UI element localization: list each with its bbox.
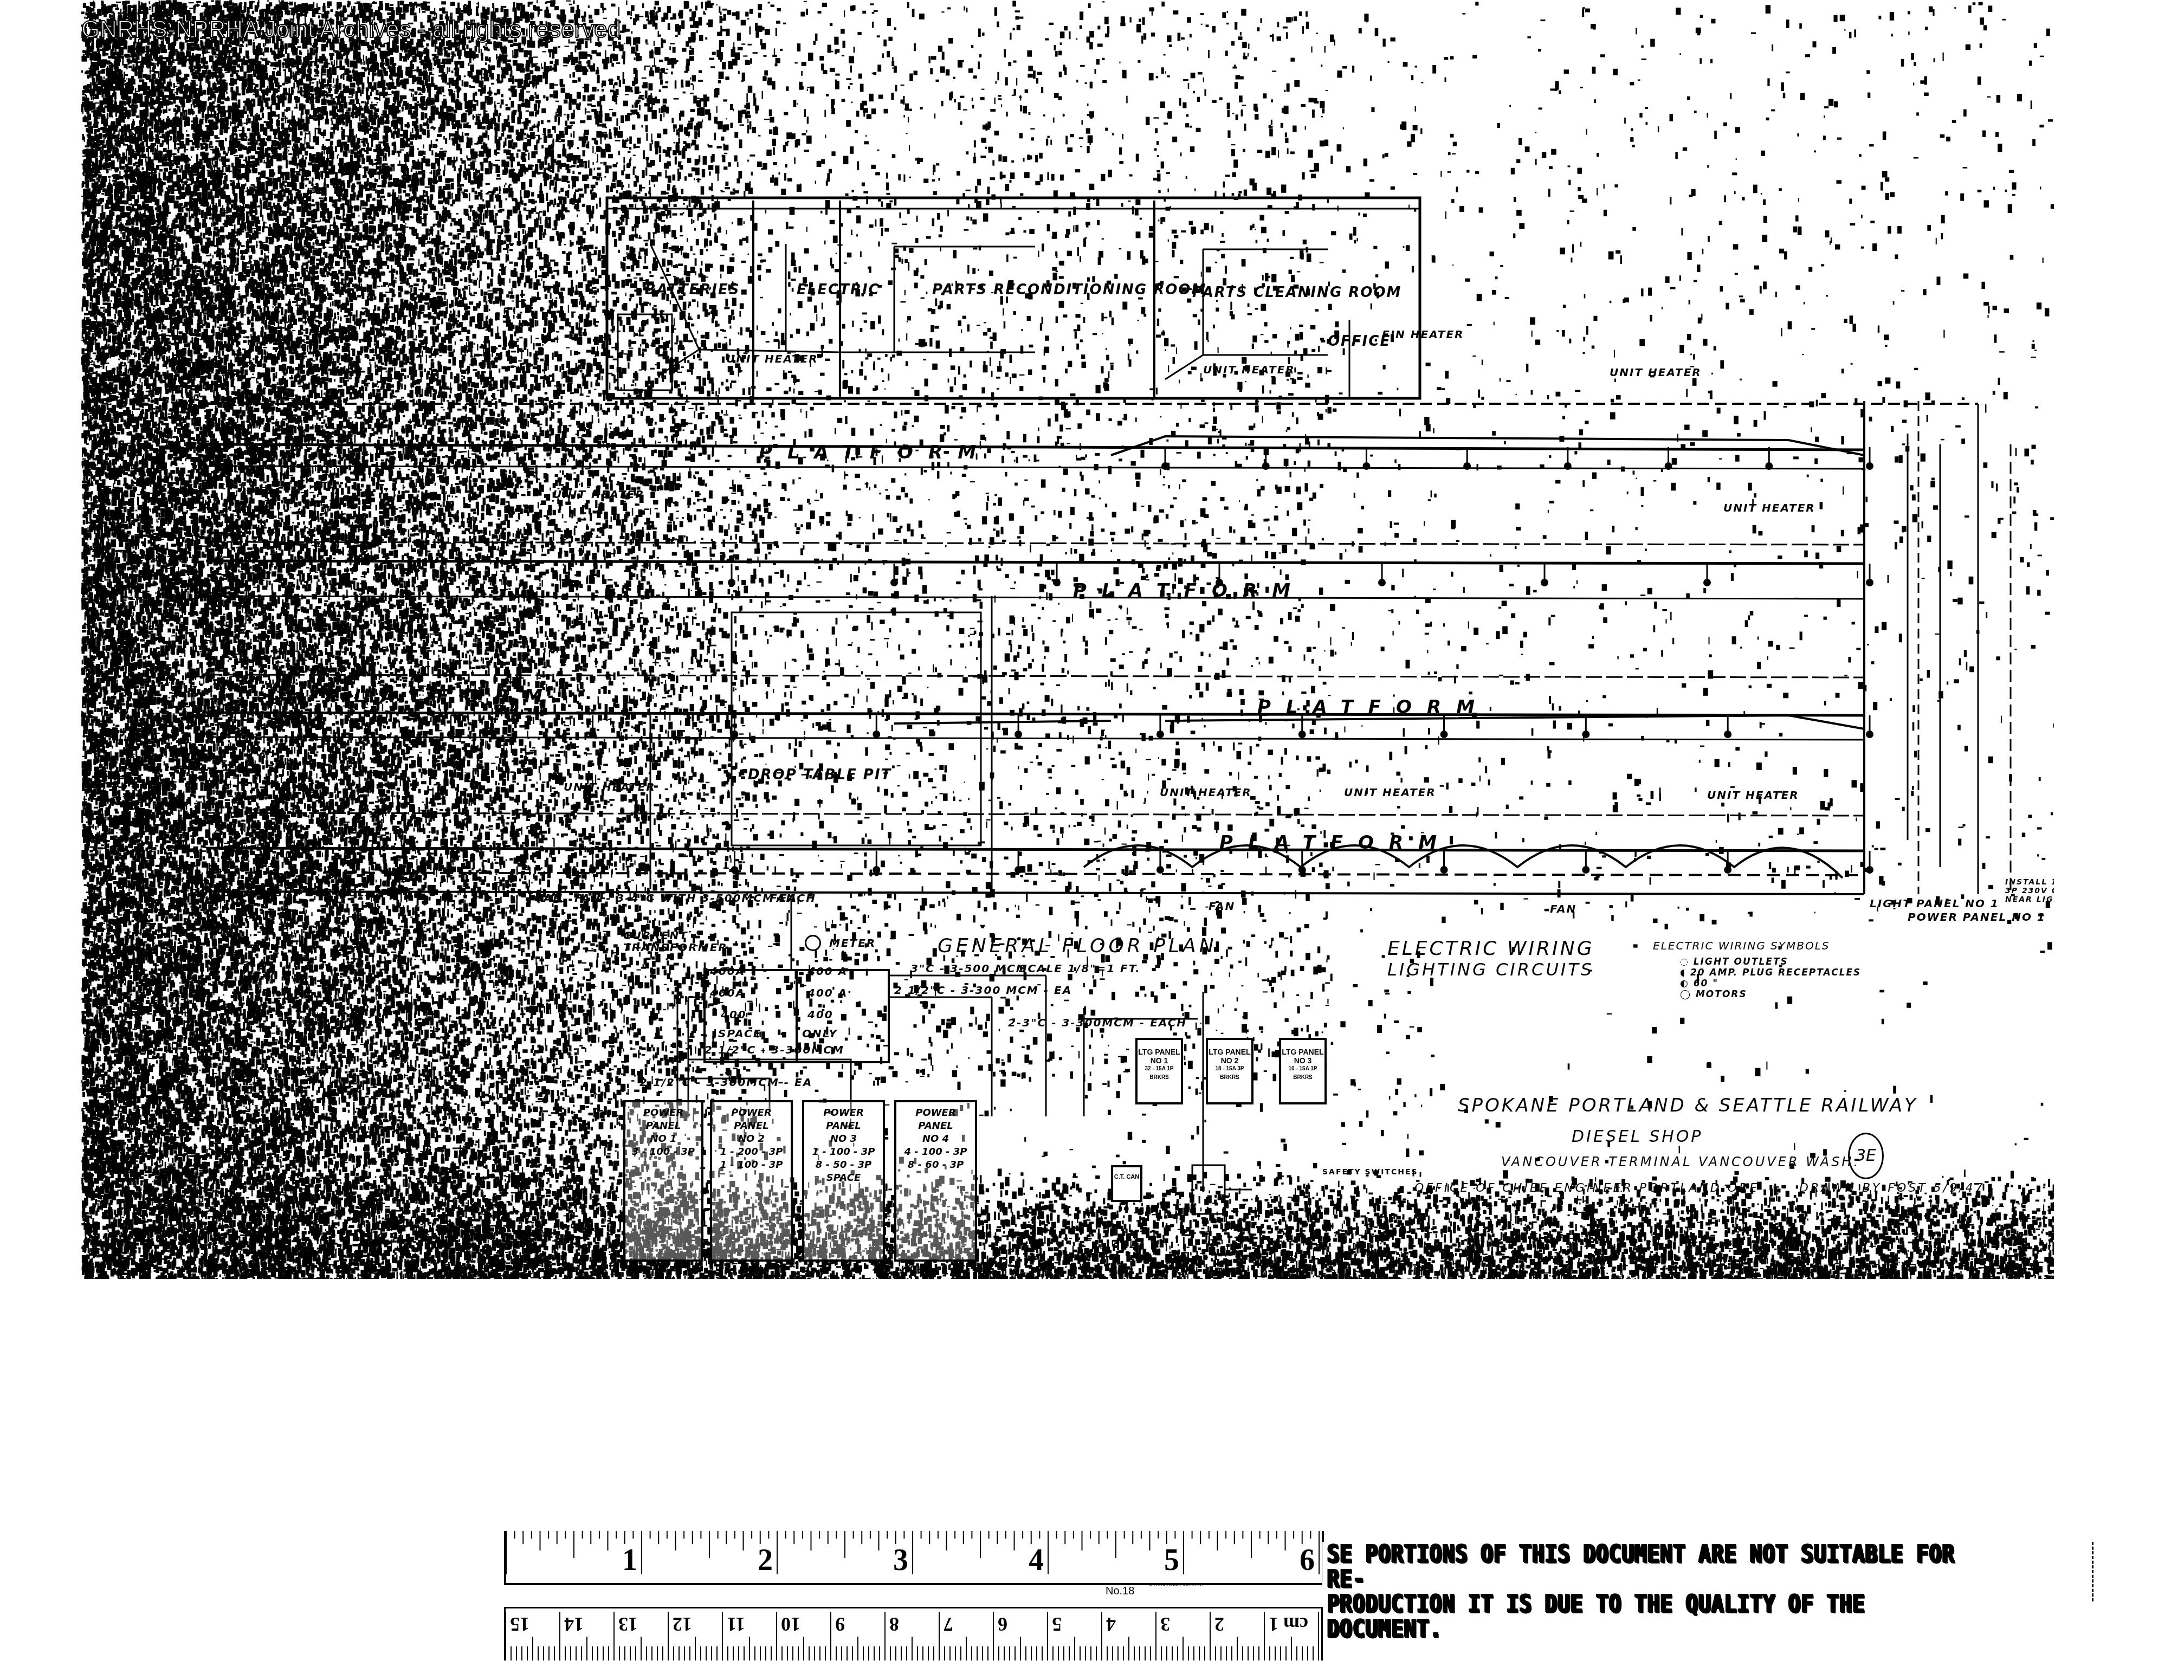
inch-number: 4 [1029, 1543, 1044, 1578]
panel-line: 3 - 100 - 3P [625, 1146, 701, 1159]
symbols-title: ELECTRIC WIRING SYMBOLS [1653, 939, 1830, 952]
drop-table-pit-label: DROP TABLE PIT [748, 767, 891, 783]
ltg-panel-2: LTG PANELNO 218 - 15A 3P BRKRS [1206, 1038, 1253, 1104]
switch-rating: 400 A [807, 986, 848, 999]
inch-ruler: 123456 [504, 1531, 1324, 1585]
panel-number: NO 3 [1281, 1056, 1324, 1065]
office: OFFICE OF CHIEF ENGINEER PORTLAND ORE [1414, 1181, 1759, 1195]
power-panel-1: POWER PANELNO 13 - 100 - 3P [623, 1100, 703, 1262]
cm-number: 10 [781, 1613, 800, 1636]
platform-label: PLATFORM [325, 686, 558, 707]
cm-number: 13 [618, 1613, 638, 1636]
panel-title: LTG PANEL [1138, 1048, 1181, 1056]
unit-heater-label: UNIT HEATER [1160, 786, 1252, 799]
building-name: DIESEL SHOP [1572, 1127, 1703, 1146]
switch-rating: 400 [721, 1008, 747, 1021]
panel-title: LTG PANEL [1281, 1048, 1324, 1056]
panel-line: SPACE [804, 1172, 883, 1185]
fan-label: FAN [1209, 900, 1235, 913]
cm-number: 15 [510, 1613, 529, 1636]
panel-title: POWER PANEL [625, 1107, 701, 1133]
inch-number: 2 [758, 1543, 773, 1578]
power-panel-label: POWER PANEL NO 1 [1908, 910, 2046, 923]
panel-line: 1 - 100 - 3P [712, 1159, 791, 1172]
switch-rating: 400 A [807, 965, 848, 978]
cm-number: cm 1 [1269, 1613, 1308, 1636]
meter-label: METER [829, 936, 876, 949]
archive-watermark: GNRHS-NPRHA Joint Archives - all rights … [81, 16, 621, 43]
panel-number: NO 1 [625, 1133, 701, 1146]
panel-number: NO 2 [1208, 1056, 1251, 1065]
ruler-model: No.18 [1106, 1585, 1134, 1597]
notice-line-1: SE PORTIONS OF THIS DOCUMENT ARE NOT SUI… [1322, 1542, 1984, 1592]
cm-ruler: cm 123456789101112131415 [504, 1607, 1323, 1660]
legend-title: ELECTRIC WIRING [1387, 938, 1594, 960]
blueprint-sheet: BATTERIES ELECTRIC PARTS RECONDITIONING … [81, 0, 2054, 1279]
inch-number: 5 [1164, 1543, 1179, 1578]
unit-heater-label: UNIT HEATER [1344, 786, 1436, 799]
ct-can: C.T. CAN [1111, 1165, 1142, 1202]
unit-heater-label: UNIT HEATER [1610, 366, 1702, 379]
railway-name: SPOKANE PORTLAND & SEATTLE RAILWAY [1458, 1095, 1918, 1116]
current-transformer-label: CURRENT TRANSFORMER [623, 929, 699, 953]
switch-rating: SPACE [718, 1027, 761, 1040]
fan-label: FAN [537, 891, 563, 904]
switch-rating: 400A [710, 986, 745, 999]
notice-line-2: PRODUCTION IT IS DUE TO THE QUALITY OF T… [1322, 1592, 1984, 1642]
install-note-line: 3P 230V CONTACT [2005, 887, 2054, 895]
power-panel-2: POWER PANELNO 21 - 200 - 3P1 - 100 - 3P [710, 1100, 793, 1262]
panel-line: 8 - 50 - 3P [804, 1159, 883, 1172]
meter-icon [805, 935, 821, 951]
receptacle-icon: ◖ [1680, 967, 1690, 978]
unit-heater-label: UNIT HEATER [1707, 789, 1799, 802]
unit-heater-label: UNIT HEATER [1203, 363, 1295, 376]
light-panel-label: LIGHT PANEL NO 1 [1870, 897, 1999, 910]
panel-line: 8 - 60 - 3P [896, 1159, 975, 1172]
receptacle-60-icon: ◐ [1680, 978, 1694, 989]
panel-title: POWER PANEL [712, 1107, 791, 1133]
symbol-motor: ◯ MOTORS [1680, 989, 1861, 1000]
panel-desc: 10 - 15A 1P BRKRS [1281, 1065, 1324, 1082]
inch-number: 6 [1300, 1543, 1315, 1578]
panel-desc: 18 - 15A 3P BRKRS [1208, 1065, 1251, 1082]
legend-subtitle: LIGHTING CIRCUITS [1387, 959, 1594, 980]
feeder-label: FAN - 3-4"C WITH 3-500MCM EACH [574, 891, 816, 904]
conduit-label: 3"C - 3-500 MCM [910, 962, 1028, 975]
install-note-line: INSTALL 1 25 AMP [2005, 878, 2054, 887]
symbol-label: MOTORS [1696, 989, 1747, 1000]
sheet-id: 3E [1848, 1133, 1884, 1179]
symbol-20a-receptacle: ◖ 20 AMP. PLUG RECEPTACLES [1680, 967, 1861, 978]
symbol-label: 20 AMP. PLUG RECEPTACLES [1690, 967, 1861, 978]
switch-rating: 400 [807, 1008, 833, 1021]
conduit-label: 2-3"C - 3-300MCM - EACH [1008, 1016, 1187, 1029]
power-panel-3: POWER PANELNO 31 - 100 - 3P8 - 50 - 3PSP… [802, 1100, 885, 1262]
fin-heater-label: FIN HEATER [1382, 328, 1464, 341]
cm-number: 14 [564, 1613, 584, 1636]
general-floor-plan-title: GENERAL FLOOR PLAN [938, 935, 1217, 957]
ruler-maker-name: C-THRU RULER COMPANY [1149, 1582, 1209, 1587]
panel-line: 1 - 200 - 3P [712, 1146, 791, 1159]
cm-number: 8 [889, 1613, 899, 1636]
room-label-office: OFFICE [1328, 333, 1391, 350]
conduit-label: 2 1/2"C - 3-300MCM - EA [639, 1076, 812, 1089]
room-label-batteries: BATTERIES [645, 282, 740, 298]
cm-number: 3 [1160, 1613, 1170, 1636]
light-outlet-icon: ◌ [1680, 957, 1694, 967]
ltg-panel-1: LTG PANELNO 132 - 15A 1P BRKRS [1135, 1038, 1183, 1104]
symbol-60a-receptacle: ◐ 60 " [1680, 978, 1861, 989]
platform-label: PLATFORM [1073, 580, 1306, 602]
platform-label: PLATFORM [759, 442, 991, 463]
safety-switches-label: SAFETY SWITCHES [1322, 1168, 1418, 1177]
cm-number: 12 [673, 1613, 692, 1636]
drawn-by: DRAWN BY FOST 5/9/47 [1799, 1181, 1985, 1195]
symbols-list: ◌ LIGHT OUTLETS ◖ 20 AMP. PLUG RECEPTACL… [1680, 957, 1861, 1000]
symbol-label: 60 " [1694, 978, 1718, 989]
ct-can-label: C.T. CAN [1113, 1167, 1140, 1181]
conduit-label: 2 1/2"C - 3-300MCM [705, 1043, 844, 1056]
floor-plan-lines [81, 0, 2054, 1279]
location: VANCOUVER TERMINAL VANCOUVER WASH. [1501, 1154, 1860, 1169]
platform-label: PLATFORM [1219, 832, 1452, 854]
unit-heater-label: UNIT HEATER [1723, 501, 1815, 514]
install-note-line: NEAR LIGHT PNL 1 [2005, 895, 2054, 904]
unit-heater-label: UNIT HEATER [553, 488, 645, 501]
inch-number: 3 [893, 1543, 908, 1578]
power-panel-4: POWER PANELNO 44 - 100 - 3P8 - 60 - 3P [894, 1100, 977, 1262]
room-label-electric: ELECTRIC [797, 282, 880, 298]
unit-heater-label: UNIT HEATER [564, 780, 656, 793]
cm-number: 11 [727, 1613, 745, 1636]
symbol-label: LIGHT OUTLETS [1694, 957, 1788, 967]
platform-label: PLATFORM [1257, 696, 1490, 718]
panel-number: NO 2 [712, 1133, 791, 1146]
fan-label: FAN [1550, 902, 1576, 915]
panel-line: 1 - 100 - 3P [804, 1146, 883, 1159]
panel-number: NO 1 [1138, 1056, 1181, 1065]
scale-label: SCALE 1/8"=1 FT. [1019, 962, 1141, 975]
cm-number: 6 [998, 1613, 1007, 1636]
cm-number: 7 [944, 1613, 953, 1636]
cm-number: 2 [1214, 1613, 1224, 1636]
ruler-maker: No.18 C-THRU RULER COMPANY [1106, 1585, 1134, 1598]
panel-line: 4 - 100 - 3P [896, 1146, 975, 1159]
cm-number: 4 [1106, 1613, 1116, 1636]
symbol-light-outlet: ◌ LIGHT OUTLETS [1680, 957, 1861, 967]
quality-notice: SE PORTIONS OF THIS DOCUMENT ARE NOT SUI… [1322, 1542, 2093, 1601]
inch-number: 1 [622, 1543, 637, 1578]
panel-title: LTG PANEL [1208, 1048, 1251, 1056]
panel-desc: 32 - 15A 1P BRKRS [1138, 1065, 1181, 1082]
room-label-parts-reconditioning: PARTS RECONDITIONING ROOM [932, 282, 1206, 298]
panel-number: NO 3 [804, 1133, 883, 1146]
cm-number: 5 [1052, 1613, 1062, 1636]
panel-title: POWER PANEL [896, 1107, 975, 1133]
conduit-label: 2 1/2"C - 3-300 MCM - EA [894, 984, 1072, 997]
panel-number: NO 4 [896, 1133, 975, 1146]
cm-number: 9 [835, 1613, 845, 1636]
power-light-service-label: POWER & LIGHT SERVICE [190, 886, 366, 899]
room-label-parts-cleaning: PARTS CLEANING ROOM [1192, 285, 1401, 301]
install-note: INSTALL 1 25 AMP 3P 230V CONTACT NEAR LI… [2005, 878, 2054, 904]
panel-title: POWER PANEL [804, 1107, 883, 1133]
switch-rating: 400A [710, 965, 745, 978]
switch-rating: ONLY [802, 1027, 838, 1040]
motor-icon: ◯ [1680, 989, 1696, 1000]
unit-heater-label: UNIT HEATER [726, 352, 818, 365]
ltg-panel-3: LTG PANELNO 310 - 15A 1P BRKRS [1279, 1038, 1327, 1104]
